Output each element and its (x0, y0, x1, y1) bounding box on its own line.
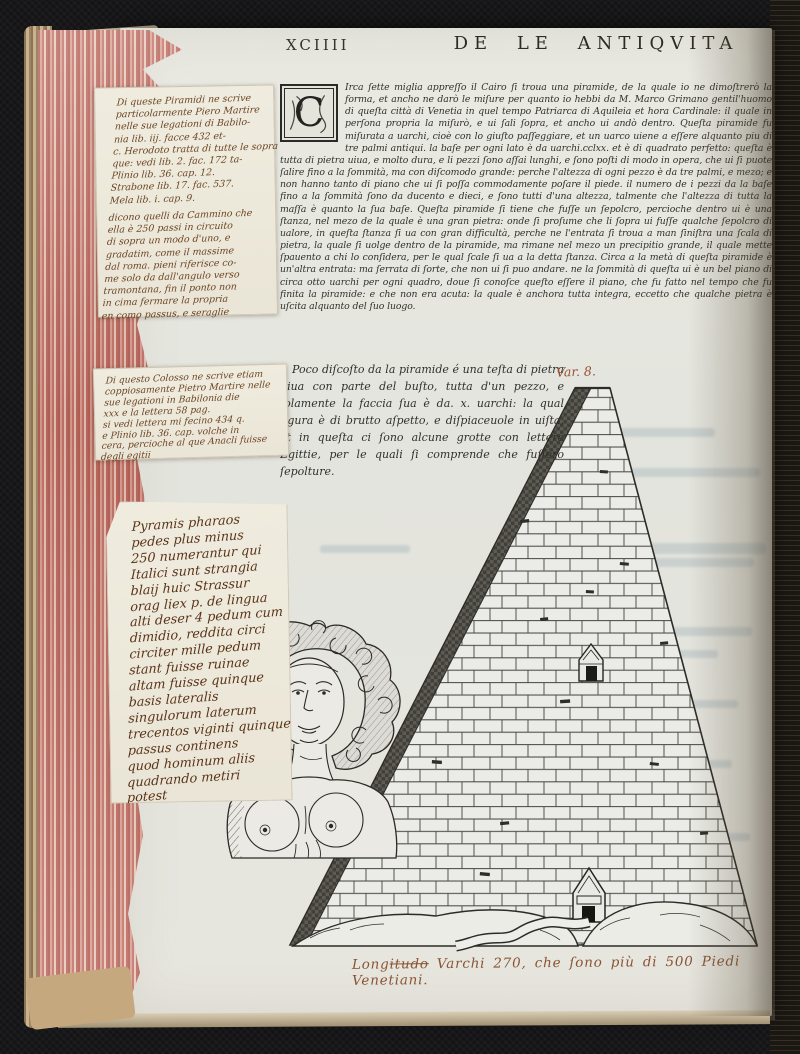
showthrough-smudge (624, 760, 732, 768)
folio-number: XCIIII (286, 36, 350, 54)
drop-cap-letter: C (294, 93, 325, 133)
showthrough-smudge (598, 543, 766, 554)
caption-struck-word: itudo (390, 956, 429, 972)
margin-note-slip-3: Pyramis pharaospedes plus minus250 numer… (105, 498, 292, 803)
showthrough-smudge (612, 468, 760, 477)
margin-note-slip-2: Di questo Colosso ne scrive etiamcoppios… (93, 363, 289, 460)
showthrough-smudge (585, 428, 715, 437)
running-title: DE LE ANTIQVITA (420, 33, 772, 54)
showthrough-smudge (684, 833, 750, 841)
caption-prefix: Long (352, 957, 390, 973)
showthrough-smudge (604, 558, 754, 567)
body-paragraph-2: Poco diſcoſto da la piramide é una teſta… (280, 361, 564, 483)
margin-note-2: Di questo Colosso ne scrive etiamcoppios… (101, 369, 272, 464)
margin-note-1: Di queste Piramidi ne scriveparticolarme… (101, 92, 282, 323)
showthrough-smudge (600, 650, 718, 658)
body-paragraph-1: C Irca ſette miglia appreſſo il Cairo ſi… (280, 82, 772, 360)
showthrough-smudge (612, 627, 752, 636)
showthrough-smudge (646, 700, 738, 708)
margin-note-slip-1: Di queste Piramidi ne scriveparticolarme… (94, 84, 278, 317)
showthrough-smudge (320, 545, 410, 553)
historiated-initial-C: C (280, 84, 338, 142)
book-scan: XCIIII DE LE ANTIQVITA C Irca ſette migl… (0, 0, 800, 1054)
figure-number-label: Var. 8. (556, 363, 596, 379)
paragraph-1-text: Irca ſette miglia appreſſo il Cairo ſi t… (280, 82, 772, 312)
margin-note-3: Pyramis pharaospedes plus minus250 numer… (127, 509, 295, 808)
figure-caption: Longitudo Varchi 270, che ſono più di 50… (352, 953, 772, 989)
